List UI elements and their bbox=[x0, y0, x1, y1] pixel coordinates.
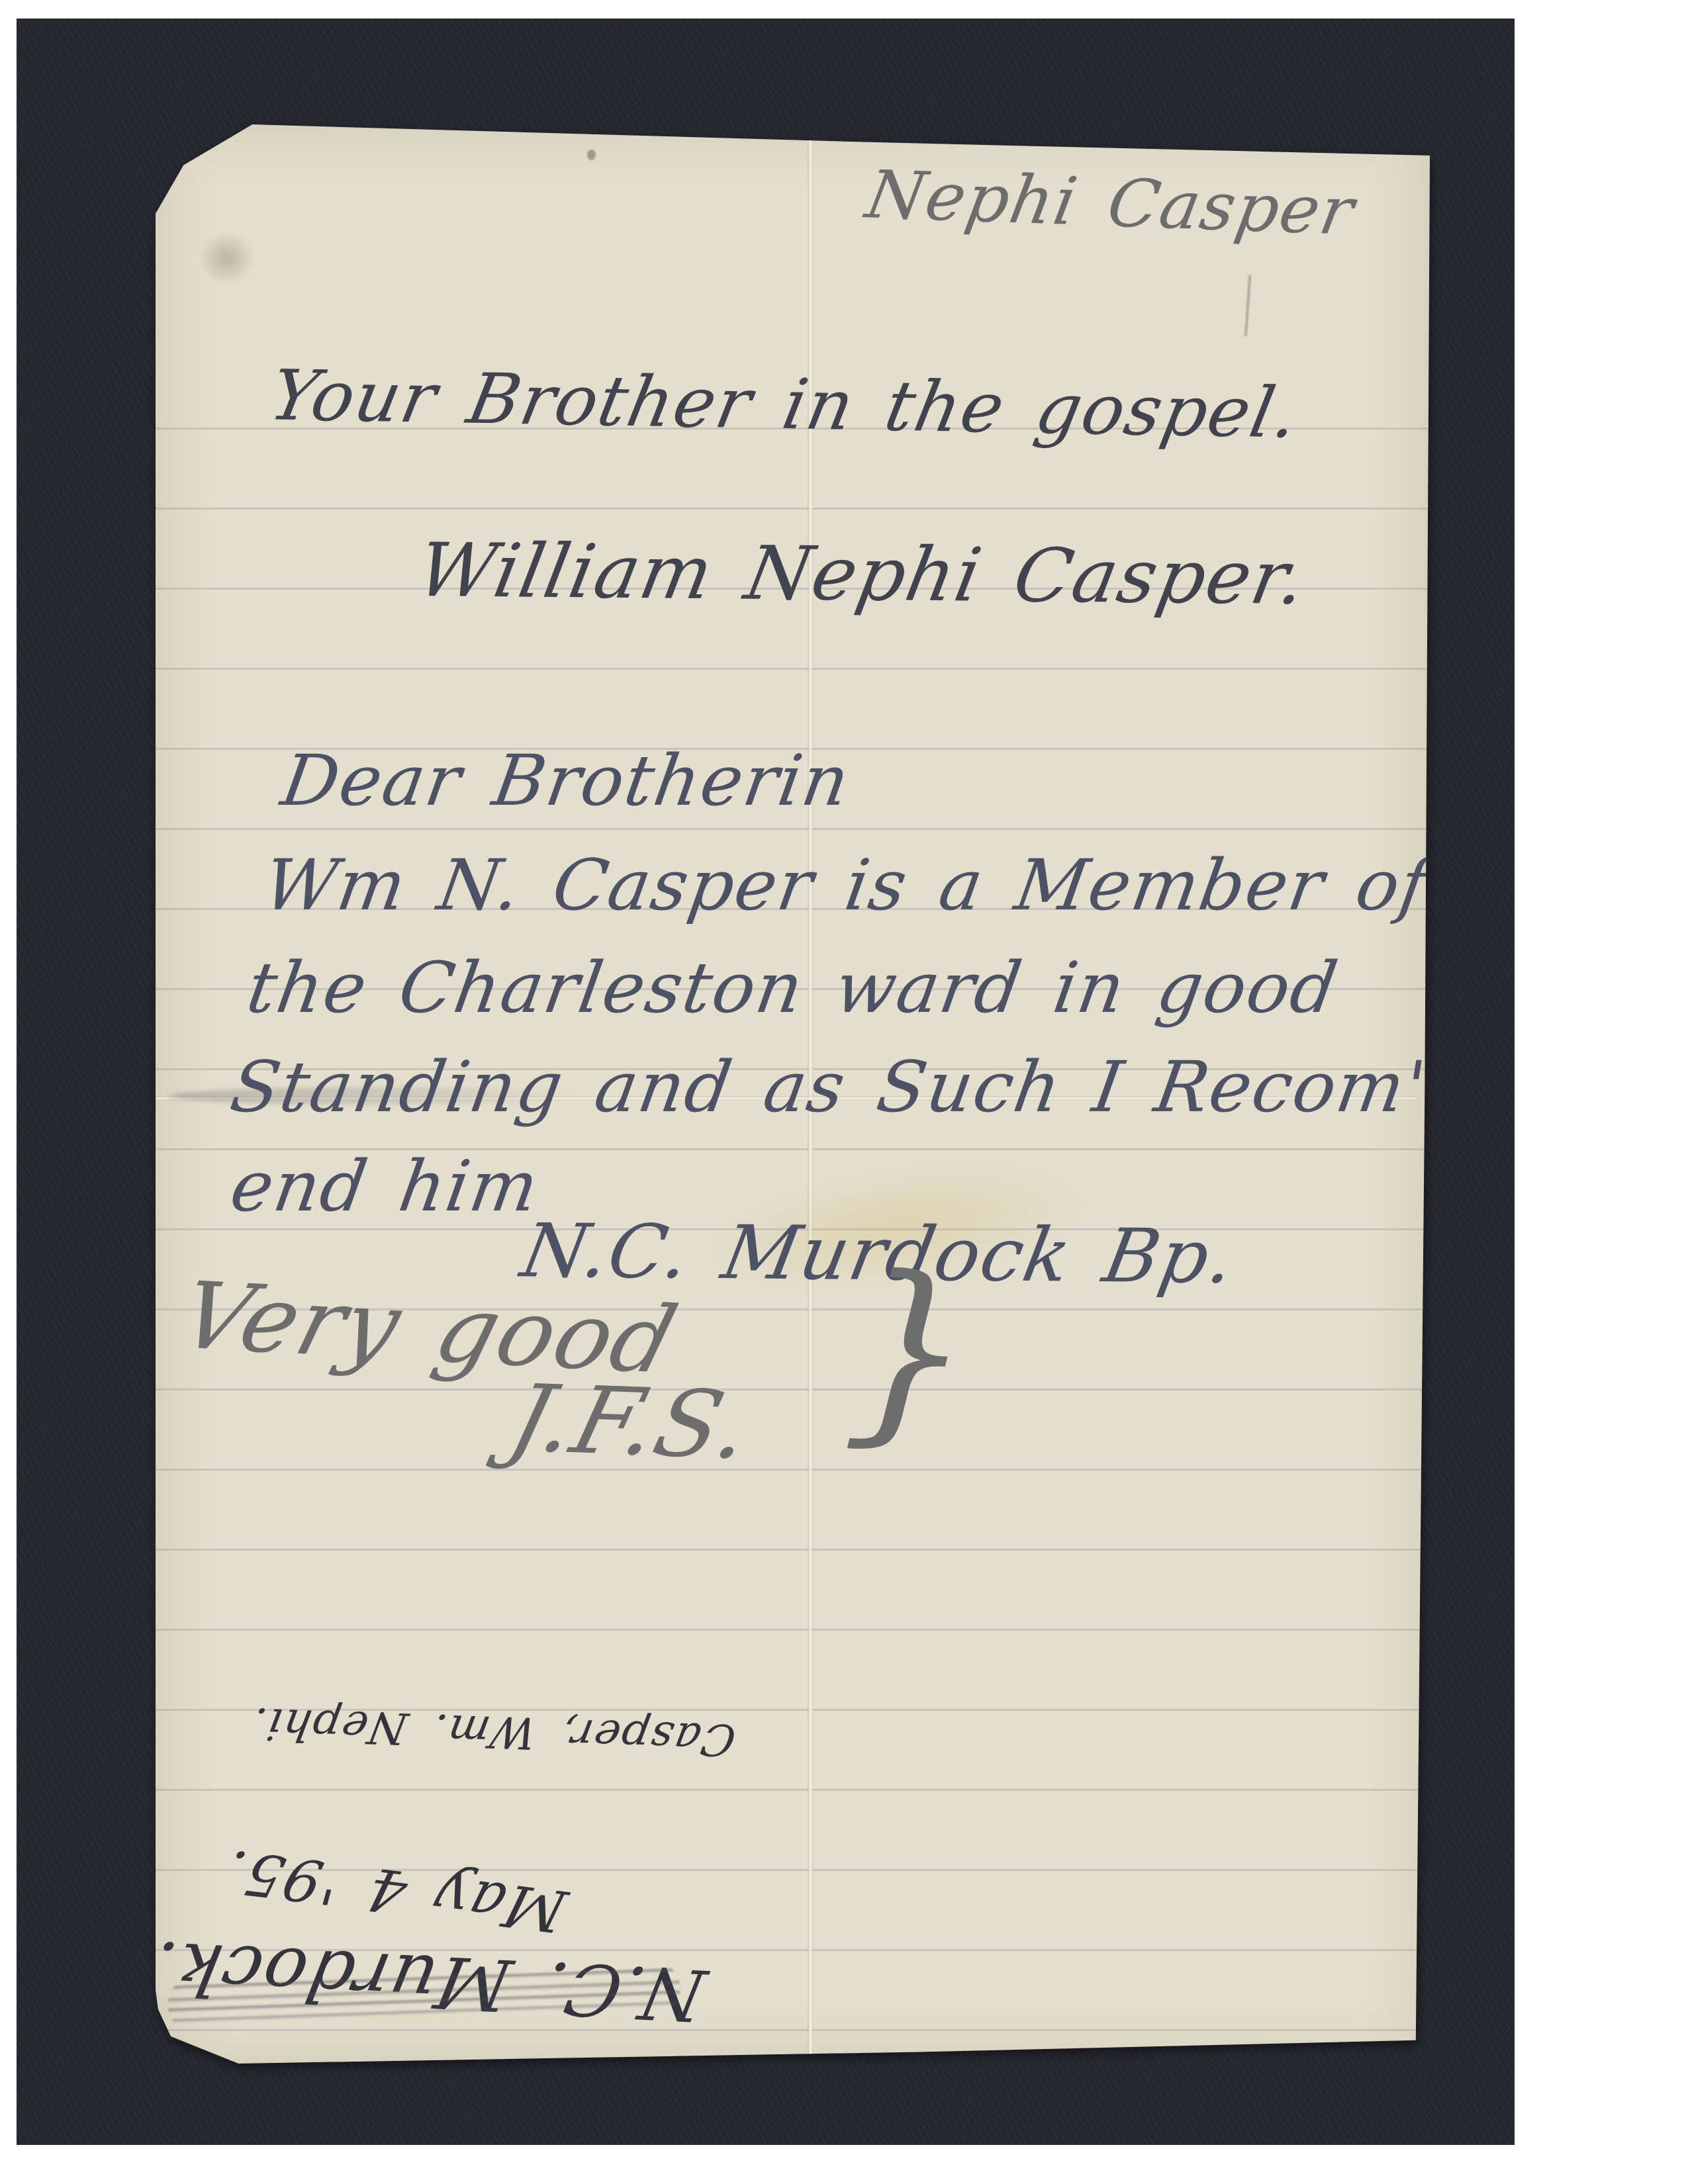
salutation-line: Dear Brotherin bbox=[276, 740, 856, 821]
pencil-stray-mark bbox=[1244, 275, 1251, 336]
ink-fleck bbox=[587, 150, 596, 160]
paper-shadow: Nephi Casper Your Brother in the gospel.… bbox=[156, 124, 1430, 2064]
pencil-review-initials: J.F.S. bbox=[500, 1365, 763, 1480]
closing-line-2: William Nephi Casper. bbox=[411, 527, 1313, 621]
body-line-1: Wm N. Casper is a Member of bbox=[258, 844, 1434, 926]
body-line-2: the Charleston ward in good bbox=[242, 947, 1344, 1028]
scanned-letter-page: Nephi Casper Your Brother in the gospel.… bbox=[0, 0, 1688, 2184]
paper-stain-spot bbox=[195, 234, 258, 283]
body-line-3: Standing and as Such I Recom' bbox=[225, 1046, 1432, 1128]
body-line-4: end him bbox=[225, 1146, 545, 1227]
letter-paper: Nephi Casper Your Brother in the gospel.… bbox=[156, 124, 1430, 2064]
pencil-brace: } bbox=[839, 1232, 979, 1469]
background-mat: Nephi Casper Your Brother in the gospel.… bbox=[17, 19, 1515, 2145]
pencil-annotation: Nephi Casper bbox=[861, 156, 1360, 250]
